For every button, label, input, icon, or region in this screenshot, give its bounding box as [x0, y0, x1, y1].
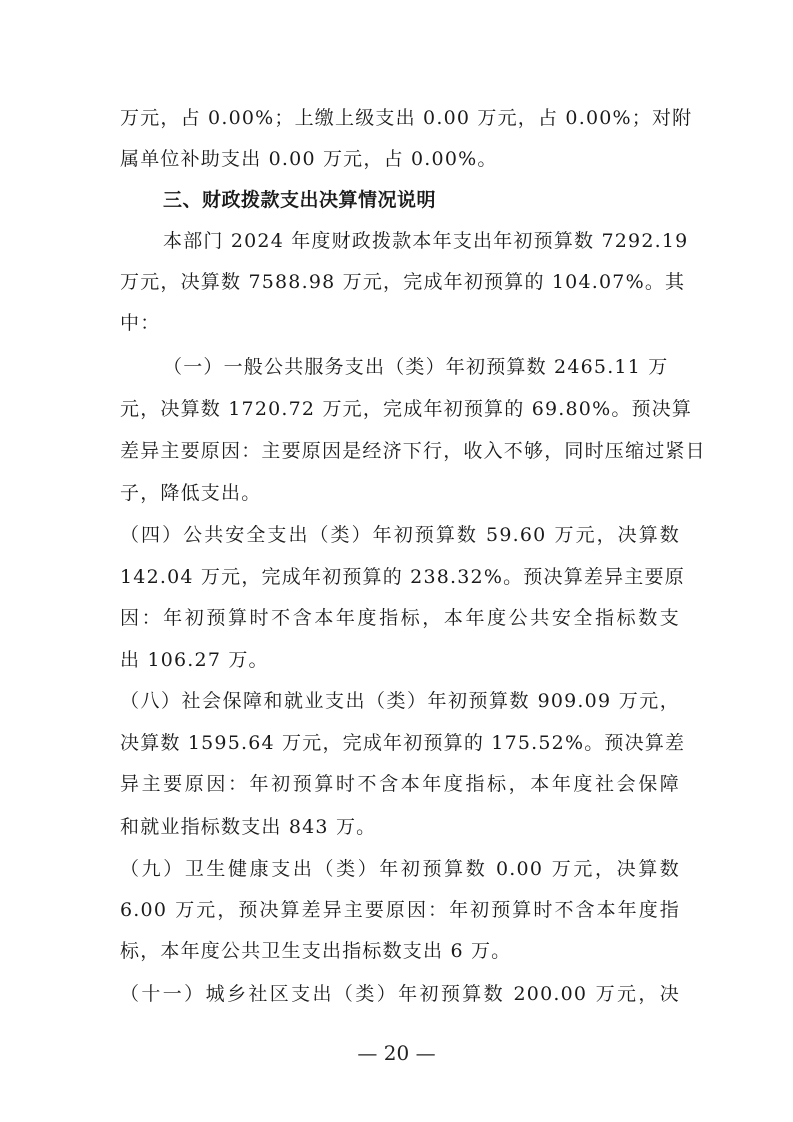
text-line: （十一）城乡社区支出（类）年初预算数 200.00 万元，决	[120, 981, 680, 1007]
text-line: 因：年初预算时不含本年度指标，本年度公共安全指标数支	[120, 605, 680, 631]
section-heading: 三、财政拨款支出决算情况说明	[163, 187, 680, 213]
text-line: 属单位补助支出 0.00 万元，占 0.00%。	[120, 146, 680, 172]
text-line: 差异主要原因：主要原因是经济下行，收入不够，同时压缩过紧日	[120, 438, 680, 464]
text-line: 出 106.27 万。	[120, 647, 680, 673]
text-line: 决算数 1595.64 万元，完成年初预算的 175.52%。预决算差	[120, 730, 680, 756]
text-line: 异主要原因：年初预算时不含本年度指标，本年度社会保障	[120, 771, 680, 797]
text-line: 万元，决算数 7588.98 万元，完成年初预算的 104.07%。其	[120, 269, 680, 295]
text-line: 6.00 万元，预决算差异主要原因：年初预算时不含本年度指	[120, 897, 680, 923]
text-line: 子，降低支出。	[120, 480, 680, 506]
text-line: 万元，占 0.00%；上缴上级支出 0.00 万元，占 0.00%；对附	[120, 105, 680, 131]
text-line: （四）公共安全支出（类）年初预算数 59.60 万元，决算数	[120, 522, 680, 548]
text-line: 142.04 万元，完成年初预算的 238.32%。预决算差异主要原	[120, 564, 680, 590]
text-line: （八）社会保障和就业支出（类）年初预算数 909.09 万元，	[120, 688, 680, 714]
text-line: 本部门 2024 年度财政拨款本年支出年初预算数 7292.19	[163, 228, 680, 254]
text-line: （九）卫生健康支出（类）年初预算数 0.00 万元，决算数	[120, 856, 680, 882]
text-line: 中：	[120, 310, 680, 336]
text-line: 标，本年度公共卫生支出指标数支出 6 万。	[120, 938, 680, 964]
page-number: — 20 —	[0, 1040, 793, 1066]
text-line: （一）一般公共服务支出（类）年初预算数 2465.11 万	[163, 354, 680, 380]
text-line: 元，决算数 1720.72 万元，完成年初预算的 69.80%。预决算	[120, 396, 680, 422]
document-page: 万元，占 0.00%；上缴上级支出 0.00 万元，占 0.00%；对附属单位补…	[0, 0, 793, 1122]
text-line: 和就业指标数支出 843 万。	[120, 814, 680, 840]
